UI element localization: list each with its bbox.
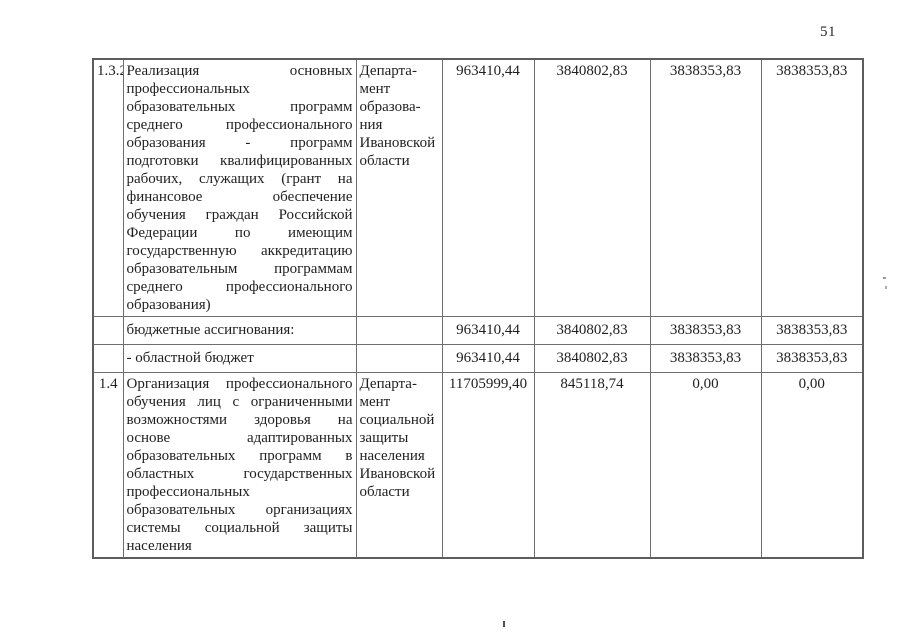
activity-name-cell: Организация профессиональногообучения ли… xyxy=(123,373,356,559)
value-cell: 963410,44 xyxy=(442,59,534,317)
text-line: мент xyxy=(360,393,439,411)
department-cell xyxy=(356,317,442,345)
text-line: Ивановской xyxy=(360,465,439,483)
text-line: обучения лиц с ограниченными xyxy=(127,393,353,411)
value-cell: 3838353,83 xyxy=(761,59,863,317)
text-line: рабочих, служащих (грант на xyxy=(127,170,353,188)
text-line: образовательным программам xyxy=(127,260,353,278)
row-number-cell xyxy=(93,345,123,373)
table-row: 1.4 Организация профессиональногообучени… xyxy=(93,373,863,559)
row-number-cell xyxy=(93,317,123,345)
text-line: профессиональных xyxy=(127,80,353,98)
text-line: образовательных программ в xyxy=(127,447,353,465)
text-line: мент xyxy=(360,80,439,98)
text-line: основе адаптированных xyxy=(127,429,353,447)
text-line: обучения граждан Российской xyxy=(127,206,353,224)
value-cell: 0,00 xyxy=(761,373,863,559)
scan-artifact xyxy=(883,277,886,279)
value-cell: 0,00 xyxy=(650,373,761,559)
value-cell: 963410,44 xyxy=(442,345,534,373)
scan-artifact xyxy=(503,621,505,627)
text-line: образовательных программ xyxy=(127,98,353,116)
text-line: финансовое обеспечение xyxy=(127,188,353,206)
value-cell: 11705999,40 xyxy=(442,373,534,559)
activity-name-cell: Реализация основныхпрофессиональныхобраз… xyxy=(123,59,356,317)
text-line: образовательных организациях xyxy=(127,501,353,519)
text-line: - областной бюджет xyxy=(127,349,353,367)
value-cell: 3838353,83 xyxy=(650,345,761,373)
text-line: профессиональных xyxy=(127,483,353,501)
text-line: Департа- xyxy=(360,375,439,393)
text-line: среднего профессионального xyxy=(127,116,353,134)
text-line: защиты xyxy=(360,429,439,447)
text-line: Департа- xyxy=(360,62,439,80)
text-line: государственную аккредитацию xyxy=(127,242,353,260)
department-cell xyxy=(356,345,442,373)
activity-name-cell: - областной бюджет xyxy=(123,345,356,373)
value-cell: 3838353,83 xyxy=(761,317,863,345)
department-cell: Департа-ментобразова-нияИвановскойобласт… xyxy=(356,59,442,317)
text-line: системы социальной защиты xyxy=(127,519,353,537)
text-line: образования) xyxy=(127,296,353,314)
text-line: населения xyxy=(127,537,353,555)
scan-artifact xyxy=(885,286,887,289)
text-line: Реализация основных xyxy=(127,62,353,80)
text-line: социальной xyxy=(360,411,439,429)
text-line: ния xyxy=(360,116,439,134)
text-line: области xyxy=(360,483,439,501)
text-line: подготовки квалифицированных xyxy=(127,152,353,170)
text-line: Федерации по имеющим xyxy=(127,224,353,242)
value-cell: 3838353,83 xyxy=(650,59,761,317)
table-row: - областной бюджет 963410,44 3840802,83 … xyxy=(93,345,863,373)
value-cell: 3840802,83 xyxy=(534,345,650,373)
text-line: Организация профессионального xyxy=(127,375,353,393)
document-page: 51 1.3.2 Реализация основныхпрофессионал… xyxy=(0,0,905,640)
page-number: 51 xyxy=(820,24,836,41)
text-line: бюджетные ассигнования: xyxy=(127,321,353,339)
text-line: населения xyxy=(360,447,439,465)
value-cell: 845118,74 xyxy=(534,373,650,559)
text-line: областных государственных xyxy=(127,465,353,483)
department-cell: Департа-ментсоциальнойзащитынаселенияИва… xyxy=(356,373,442,559)
value-cell: 3838353,83 xyxy=(761,345,863,373)
row-number-cell: 1.4 xyxy=(93,373,123,559)
text-line: области xyxy=(360,152,439,170)
value-cell: 3838353,83 xyxy=(650,317,761,345)
budget-table: 1.3.2 Реализация основныхпрофессиональны… xyxy=(92,58,864,559)
table-row: 1.3.2 Реализация основныхпрофессиональны… xyxy=(93,59,863,317)
activity-name-cell: бюджетные ассигнования: xyxy=(123,317,356,345)
value-cell: 3840802,83 xyxy=(534,317,650,345)
table-row: бюджетные ассигнования: 963410,44 384080… xyxy=(93,317,863,345)
text-line: образова- xyxy=(360,98,439,116)
text-line: образования - программ xyxy=(127,134,353,152)
text-line: возможностями здоровья на xyxy=(127,411,353,429)
row-number-cell: 1.3.2 xyxy=(93,59,123,317)
text-line: Ивановской xyxy=(360,134,439,152)
value-cell: 3840802,83 xyxy=(534,59,650,317)
value-cell: 963410,44 xyxy=(442,317,534,345)
text-line: среднего профессионального xyxy=(127,278,353,296)
